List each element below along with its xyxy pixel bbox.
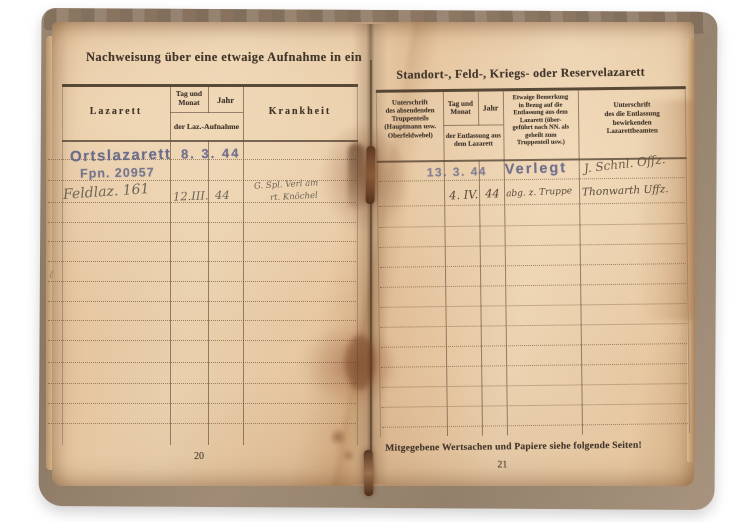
row-line xyxy=(379,177,685,182)
staple-bottom xyxy=(364,450,374,496)
right-page-footer-note: Mitgegebene Wertsachen und Papiere siehe… xyxy=(385,439,685,454)
row-line xyxy=(381,363,687,368)
binding-crease xyxy=(370,60,372,480)
right-col-subheader-label: der Entlassung aus dem Lazarett xyxy=(441,132,505,149)
right-page-title: Standort-, Feld-, Kriegs- oder Reservela… xyxy=(380,64,662,82)
right-col-jahr-label: Jahr xyxy=(478,103,503,112)
right-page-number: 21 xyxy=(488,459,516,470)
right-col-bemerkung-label: Etwaige Bemerkung in Bezug auf die Entla… xyxy=(503,93,579,147)
row-line xyxy=(381,383,687,388)
row-line xyxy=(382,423,688,428)
row-line xyxy=(380,283,686,288)
row-line xyxy=(380,243,686,248)
row2-day-month: 4. IV. xyxy=(449,187,479,202)
scanned-booklet-photo: Nachweisung über eine etwaige Aufnahme i… xyxy=(0,0,750,522)
row-line xyxy=(380,303,686,308)
right-col-divider-2b xyxy=(479,160,483,436)
row-line xyxy=(379,202,685,207)
right-table-top-rule xyxy=(376,86,686,92)
right-col-lazarettbeamter-label: Unterschrift des die Entlassung bewirken… xyxy=(580,100,684,136)
right-table-right-border xyxy=(685,89,690,433)
verlegt-stamp: Verlegt xyxy=(505,160,568,178)
row-line xyxy=(382,403,688,408)
row2-year: 44 xyxy=(485,186,500,200)
row-line xyxy=(379,223,685,228)
row-line xyxy=(381,343,687,348)
right-col-divider-4 xyxy=(578,90,583,434)
right-col-tag-monat-label: Tag und Monat xyxy=(443,100,478,117)
signature-row2: Thonwarth Uffz. xyxy=(582,183,669,198)
staple-top xyxy=(365,146,375,204)
signature-row1: J. Schnl. Offz. xyxy=(583,152,666,175)
row-line xyxy=(381,323,687,328)
right-subheader-divider xyxy=(443,124,503,126)
row2-remark: abg. z. Truppe xyxy=(506,186,572,199)
row-line xyxy=(380,263,686,268)
discharge-date-stamp: 13. 3. 44 xyxy=(427,164,487,179)
